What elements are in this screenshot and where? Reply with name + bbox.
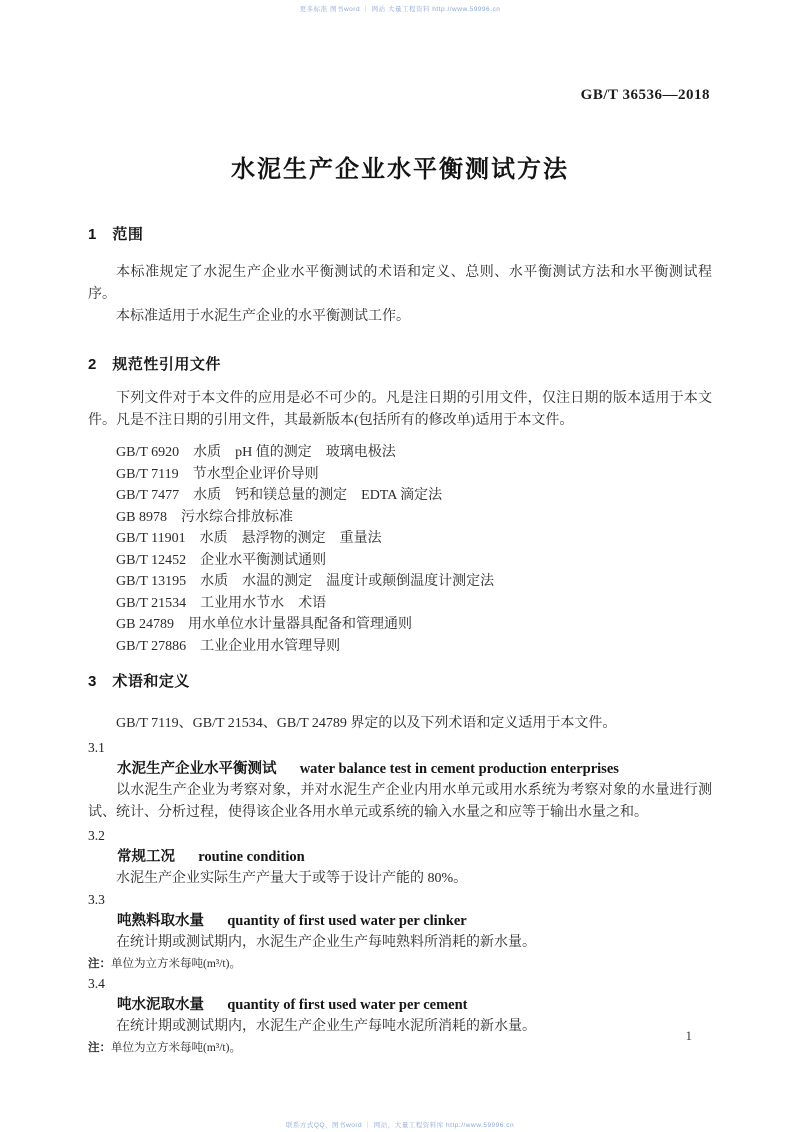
watermark-top: 更多标准 图书word ｜ 网站 大量工程资料 http://www.59996…	[0, 4, 800, 13]
term-number: 3.2	[88, 826, 712, 846]
reference-item: GB/T 7477 水质 钙和镁总量的测定 EDTA 滴定法	[88, 485, 712, 507]
term-definition: 在统计期或测试期内，水泥生产企业生产每吨熟料所消耗的新水量。	[88, 932, 712, 954]
note-label: 注：	[88, 958, 111, 970]
term-note: 注：单位为立方米每吨(m³/t)。	[88, 954, 712, 974]
section-1-heading: 1 范围	[88, 226, 712, 244]
term-title: 吨水泥取水量quantity of first used water per c…	[88, 994, 712, 1016]
note-text: 单位为立方米每吨(m³/t)。	[111, 958, 241, 970]
document-page: 更多标准 图书word ｜ 网站 大量工程资料 http://www.59996…	[0, 0, 800, 1132]
reference-item: GB/T 27886 工业企业用水管理导则	[88, 636, 712, 658]
section-3-intro: GB/T 7119、GB/T 21534、GB/T 24789 界定的以及下列术…	[88, 713, 712, 735]
section-1-paragraph: 本标准规定了水泥生产企业水平衡测试的术语和定义、总则、水平衡测试方法和水平衡测试…	[88, 262, 712, 306]
reference-item: GB 24789 用水单位水计量器具配备和管理通则	[88, 614, 712, 636]
term-title-en: quantity of first used water per clinker	[227, 913, 467, 929]
watermark-bottom: 联系方式QQ，图书word ｜ 网站，大量工程资料库 http://www.59…	[0, 1120, 800, 1129]
term-definition: 在统计期或测试期内，水泥生产企业生产每吨水泥所消耗的新水量。	[88, 1016, 712, 1038]
term-title-zh: 常规工况	[117, 849, 175, 865]
term-number: 3.1	[88, 738, 712, 758]
term-definition: 以水泥生产企业为考察对象，并对水泥生产企业内用水单元或用水系统为考察对象的水量进…	[88, 780, 712, 824]
reference-item: GB/T 21534 工业用水节水 术语	[88, 593, 712, 615]
term-title: 常规工况routine condition	[88, 846, 712, 868]
reference-list: GB/T 6920 水质 pH 值的测定 玻璃电极法 GB/T 7119 节水型…	[88, 442, 712, 657]
reference-item: GB/T 12452 企业水平衡测试通则	[88, 550, 712, 572]
note-text: 单位为立方米每吨(m³/t)。	[111, 1042, 241, 1054]
document-body: 1 范围 本标准规定了水泥生产企业水平衡测试的术语和定义、总则、水平衡测试方法和…	[88, 226, 712, 1058]
reference-item: GB/T 7119 节水型企业评价导则	[88, 464, 712, 486]
section-2-heading: 2 规范性引用文件	[88, 356, 712, 374]
note-label: 注：	[88, 1042, 111, 1054]
section-2-intro: 下列文件对于本文件的应用是必不可少的。凡是注日期的引用文件，仅注日期的版本适用于…	[88, 388, 712, 432]
term-title: 水泥生产企业水平衡测试water balance test in cement …	[88, 758, 712, 780]
section-1-paragraph: 本标准适用于水泥生产企业的水平衡测试工作。	[88, 306, 712, 328]
reference-item: GB/T 6920 水质 pH 值的测定 玻璃电极法	[88, 442, 712, 464]
page-number: 1	[686, 1028, 693, 1044]
term-title: 吨熟料取水量quantity of first used water per c…	[88, 910, 712, 932]
page-title: 水泥生产企业水平衡测试方法	[0, 149, 800, 184]
term-number: 3.3	[88, 890, 712, 910]
term-number: 3.4	[88, 974, 712, 994]
term-title-zh: 吨熟料取水量	[117, 913, 204, 929]
reference-item: GB/T 11901 水质 悬浮物的测定 重量法	[88, 528, 712, 550]
reference-item: GB/T 13195 水质 水温的测定 温度计或颠倒温度计测定法	[88, 571, 712, 593]
term-title-zh: 吨水泥取水量	[117, 997, 204, 1013]
term-title-en: water balance test in cement production …	[300, 761, 619, 777]
term-title-zh: 水泥生产企业水平衡测试	[117, 761, 277, 777]
term-note: 注：单位为立方米每吨(m³/t)。	[88, 1038, 712, 1058]
term-title-en: routine condition	[198, 849, 304, 865]
term-definition: 水泥生产企业实际生产产量大于或等于设计产能的 80%。	[88, 868, 712, 890]
doc-code: GB/T 36536—2018	[581, 87, 710, 104]
term-title-en: quantity of first used water per cement	[227, 997, 467, 1013]
section-3-heading: 3 术语和定义	[88, 673, 712, 691]
reference-item: GB 8978 污水综合排放标准	[88, 507, 712, 529]
